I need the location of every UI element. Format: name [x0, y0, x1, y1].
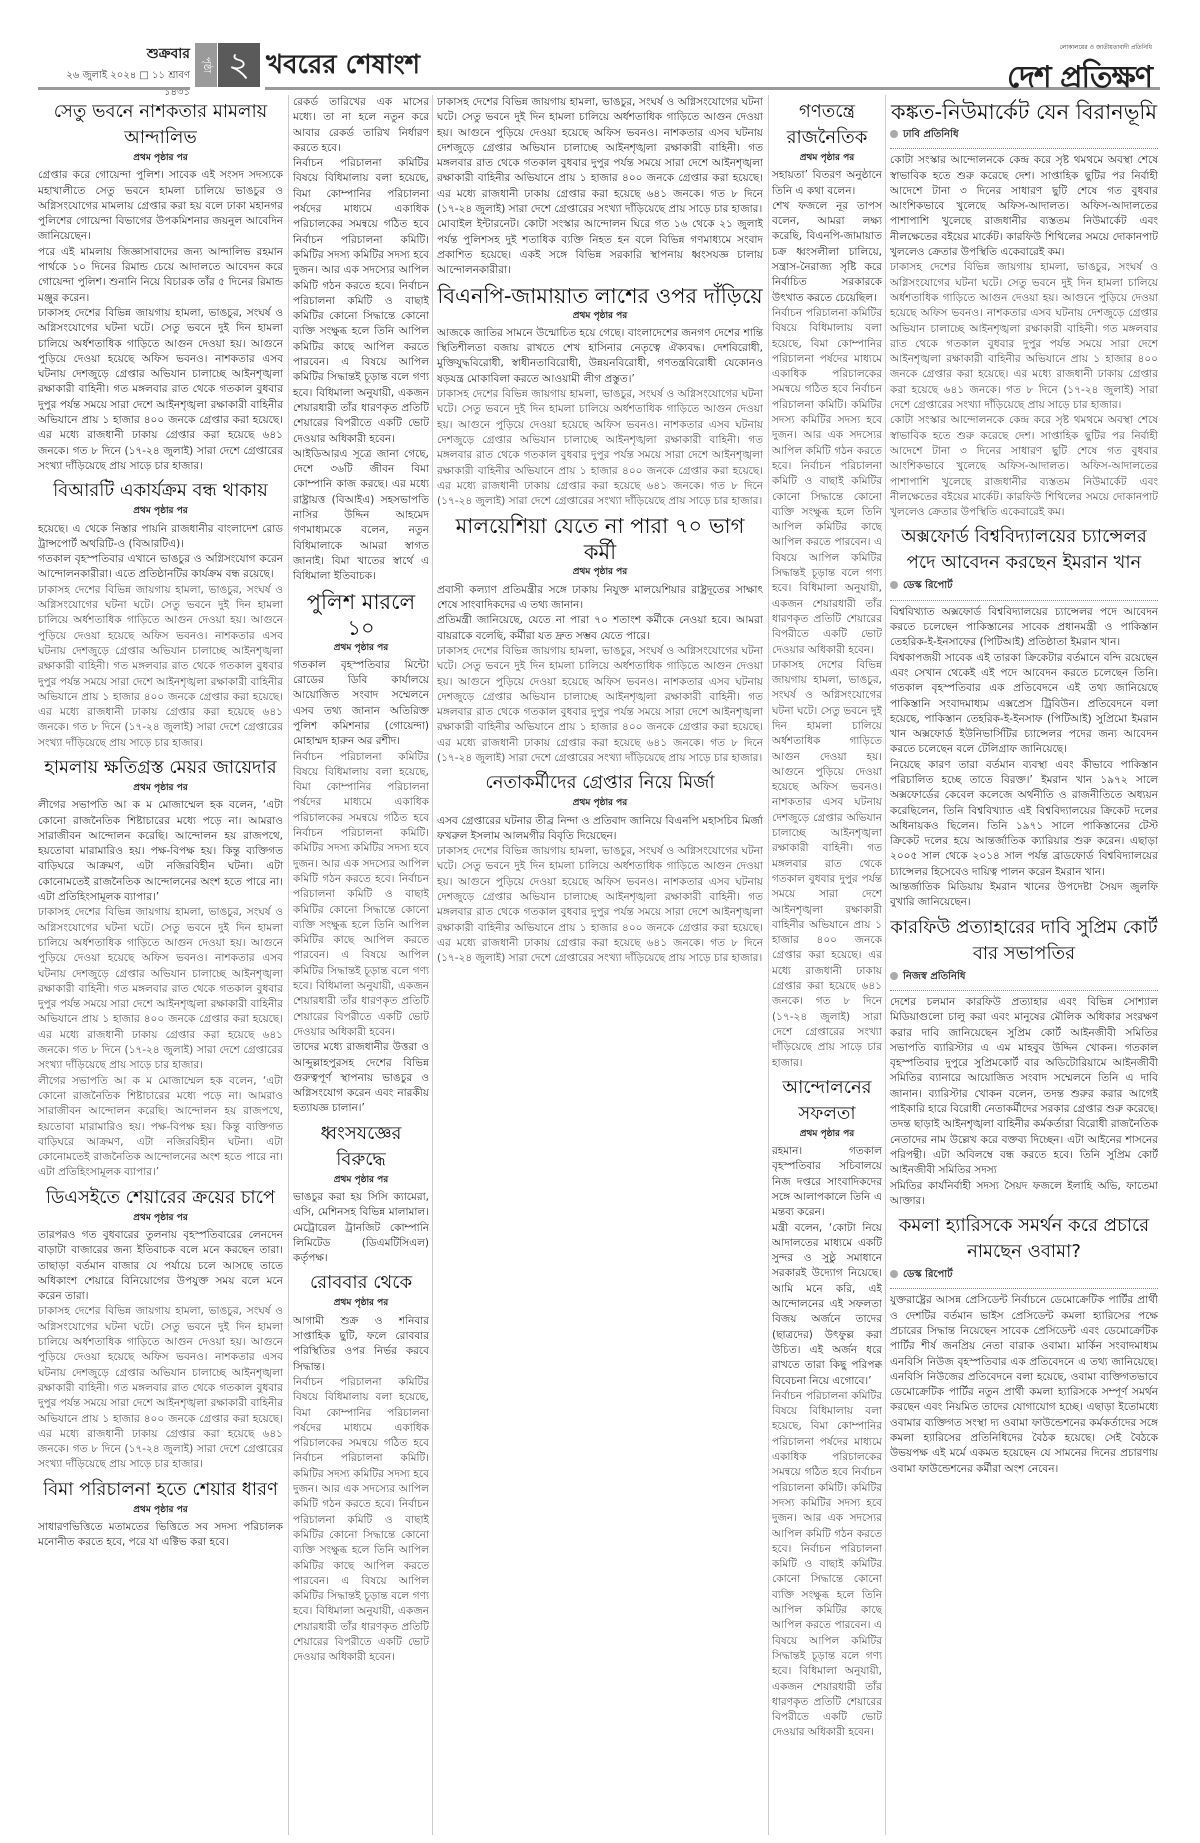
page-number: ২: [218, 43, 260, 87]
paragraph: ঢাকাসহ দেশের বিভিন্ন জায়গায় হামলা, ভাঙ…: [890, 260, 1158, 413]
continued-label: প্রথম পৃষ্ঠার পর: [38, 781, 283, 796]
masthead-rule-left: [38, 87, 190, 90]
paragraph: রেকর্ড তারিখের এক মাসের মধ্যে। তা না হলে…: [293, 95, 429, 156]
column-divider: [432, 95, 433, 1835]
article-imran-khan: অক্সফোর্ড বিশ্ববিদ্যালয়ের চ্যান্সেলর পদ…: [890, 524, 1158, 910]
article-newmarket: কঙ্কত-নিউমার্কেট যেন বিরানভূমি ঢাবি প্রত…: [890, 99, 1158, 520]
paragraph: কোটা সংস্কার আন্দোলনকে কেন্দ্র করে সৃষ্ট…: [890, 153, 1158, 260]
paragraph: নিয়েছে কারণ তারা বর্তমান ব্যবস্থা এবং ক…: [890, 758, 1158, 880]
column-four: গণতন্ত্রে রাজনৈতিক প্রথম পৃষ্ঠার পর সহায…: [772, 95, 882, 1835]
paragraph: আন্তর্জাতিক মিডিয়ায় ইমরান খানের উপদেষ্…: [890, 880, 1158, 911]
continued-label: প্রথম পৃষ্ঠার পর: [293, 641, 429, 656]
paragraph: আজকে জাতির সামনে উন্মোচিত হয়ে গেছে। বাং…: [437, 326, 763, 387]
paragraph: ঢাকাসহ দেশের বিভিন্ন জায়গায় হামলা, ভাঙ…: [437, 844, 763, 966]
article-arrest-leaders: নেতাকর্মীদের গ্রেপ্তার নিয়ে মির্জা প্রথ…: [437, 770, 763, 966]
paragraph: রহমান। গতকাল বৃহস্পতিবার সচিবালয়ে নিজ দ…: [772, 1144, 882, 1220]
paragraph: গ্রেপ্তার করে গোয়েন্দা পুলিশ। সাবেক এই …: [38, 168, 283, 244]
bullet-icon: [890, 581, 898, 589]
continued-label: প্রথম পৃষ্ঠার পর: [437, 565, 763, 580]
paragraph: নির্বাচন পরিচালনা কমিটির বিষয়ে বিধিমালা…: [293, 156, 429, 447]
paragraph: এসব গ্রেপ্তারের ঘটনার তীব্র নিন্দা ও প্র…: [437, 814, 763, 845]
paragraph: নির্বাচন পরিচালনা কমিটির বিষয়ে বিধিমালা…: [293, 750, 429, 1041]
headline: কমলা হ্যারিসকে সমর্থন করে প্রচারে নামছেন…: [890, 1213, 1158, 1265]
article-obama: কমলা হ্যারিসকে সমর্থন করে প্রচারে নামছেন…: [890, 1213, 1158, 1477]
continued-label: প্রথম পৃষ্ঠার পর: [437, 309, 763, 324]
byline: ঢাবি প্রতিনিধি: [890, 127, 1158, 149]
headline: রোববার থেকে: [293, 1270, 429, 1296]
continued-label: প্রথম পৃষ্ঠার পর: [772, 1127, 882, 1142]
article-sunday: রোববার থেকে প্রথম পৃষ্ঠার পর আগামী শুক্র…: [293, 1270, 429, 1665]
paragraph: প্রতিমন্ত্রী জানিয়েছে, যেতে না পারা ৭০ …: [437, 613, 763, 644]
right-column: কঙ্কত-নিউমার্কেট যেন বিরানভূমি ঢাবি প্রত…: [890, 95, 1158, 1835]
headline: কারফিউ প্রত্যাহারের দাবি সুপ্রিম কোর্ট ব…: [890, 915, 1158, 967]
paragraph: গতকাল বৃহস্পতিবার মিন্টো রোডের ডিবি কার্…: [293, 658, 429, 750]
paragraph: আগামী শুক্র ও শনিবার সাপ্তাহিক ছুটি, ফলে…: [293, 1314, 429, 1375]
paragraph: হয়েছে। এ থেকে নিস্তার পায়নি রাজধানীর ব…: [38, 522, 283, 553]
article-andalib: সেতু ভবনে নাশকতার মামলায় আন্দালিভ প্রথম…: [38, 99, 283, 474]
article-police: পুলিশ মারলে ১০ প্রথম পৃষ্ঠার পর গতকাল বৃ…: [293, 589, 429, 1117]
paragraph: তাদের মধ্যে রাজধানীর উত্তরা ও আব্দুল্লাহ…: [293, 1040, 429, 1116]
paragraph: পরে এই মামলায় জিজ্ঞাসাবাদের জন্য আন্দাল…: [38, 245, 283, 306]
article-bnp-jamaat: বিএনপি-জামায়াত লাশের ওপর দাঁড়িয়ে প্রথ…: [437, 283, 763, 510]
page-label: পৃষ্ঠা: [195, 43, 217, 87]
bullet-icon: [890, 1270, 898, 1278]
headline: বিমা পরিচালনা হতে শেয়ার ধারণ: [38, 1477, 283, 1503]
paragraph: বিশ্বকাপজয়ী সাবেক এই তারকা ক্রিকেটার বর…: [890, 651, 1158, 758]
article-curfew: কারফিউ প্রত্যাহারের দাবি সুপ্রিম কোর্ট ব…: [890, 915, 1158, 1209]
byline: ডেস্ক রিপোর্ট: [890, 578, 1158, 600]
paragraph: মোবাইল ইন্টারনেট। কোটা সংস্কার আন্দোলন ঘ…: [437, 217, 763, 278]
continued-label: প্রথম পৃষ্ঠার পর: [38, 1503, 283, 1518]
column-divider: [288, 95, 289, 1835]
headline: পুলিশ মারলে ১০: [293, 589, 429, 641]
paragraph: নির্বাচন পরিচালনা কমিটির বিষয়ে বিধিমালা…: [772, 306, 882, 658]
logo-tagline: লোকালয়ের ও জাতীয়তাবাদী প্রতিনিধি: [1007, 42, 1152, 53]
headline: বিআরটি একার্যক্রম বন্ধ থাকায়: [38, 478, 283, 504]
article-malaysia: মালয়েশিয়া যেতে না পারা ৭০ ভাগ কর্মী প্…: [437, 513, 763, 766]
headline: ধ্বংসযজ্ঞের বিরুদ্ধে: [293, 1121, 429, 1173]
paragraph: প্রবাসী কল্যাণ প্রতিমন্ত্রীর সঙ্গে ঢাকায…: [437, 583, 763, 614]
continued-label: প্রথম পৃষ্ঠার পর: [293, 1296, 429, 1311]
section-title: খবরের শেষাংশ: [266, 44, 420, 88]
column-divider: [768, 95, 769, 1835]
article-mayor: হামলায় ক্ষতিগ্রস্ত মেয়র জায়েদার প্রথম…: [38, 755, 283, 1181]
paragraph: শেখ ফজলে নূর তাপস বলেন, আমরা লক্ষ্য করেছ…: [772, 199, 882, 306]
column-divider: [885, 95, 886, 1835]
paragraph: সমিতির কার্যনির্বাহী সদস্য সৈয়দ ফজলে ইল…: [890, 1179, 1158, 1210]
paragraph: ঢাকাসহ দেশের বিভিন্ন জায়গায় হামলা, ভাঙ…: [772, 658, 882, 1071]
paragraph: দেশের চলমান কারফিউ প্রত্যাহার এবং বিভিন্…: [890, 995, 1158, 1179]
paragraph: যুক্তরাষ্ট্রের আসন্ন প্রেসিডেন্ট নির্বাচ…: [890, 1293, 1158, 1477]
paragraph: ভাঙচুর করা হয় সিসি ক্যামেরা, এসি, মেশিন…: [293, 1190, 429, 1266]
continued-label: প্রথম পৃষ্ঠার পর: [38, 504, 283, 519]
headline: কঙ্কত-নিউমার্কেট যেন বিরানভূমি: [890, 99, 1158, 125]
headline: সেতু ভবনে নাশকতার মামলায় আন্দালিভ: [38, 99, 283, 151]
middle-column: ঢাকাসহ দেশের বিভিন্ন জায়গায় হামলা, ভাঙ…: [437, 95, 763, 1835]
day-of-week: শুক্রবার: [40, 42, 190, 66]
article-democracy: গণতন্ত্রে রাজনৈতিক প্রথম পৃষ্ঠার পর সহায…: [772, 99, 882, 1071]
paragraph: বিশ্ববিখ্যাত অক্সফোর্ড বিশ্ববিদ্যালয়ের …: [890, 605, 1158, 651]
article-brta: বিআরটি একার্যক্রম বন্ধ থাকায় প্রথম পৃষ্…: [38, 478, 283, 751]
paragraph: আইডিআরএ সূত্রে জানা গেছে, দেশে ৩৬টি জীবন…: [293, 447, 429, 585]
left-column: সেতু ভবনে নাশকতার মামলায় আন্দালিভ প্রথম…: [38, 95, 283, 1835]
paragraph: নির্বাচন পরিচালনা কমিটির বিষয়ে বিধিমালা…: [293, 1375, 429, 1666]
headline: আন্দোলনের সফলতা: [772, 1075, 882, 1127]
continued-label: প্রথম পৃষ্ঠার পর: [437, 796, 763, 811]
headline: অক্সফোর্ড বিশ্ববিদ্যালয়ের চ্যান্সেলর পদ…: [890, 524, 1158, 576]
article-insurance-shares: বিমা পরিচালনা হতে শেয়ার ধারণ প্রথম পৃষ্…: [38, 1477, 283, 1551]
paragraph: সহায়তা’ বিতরণ অনুষ্ঠানে তিনি এ কথা বলেন…: [772, 168, 882, 199]
paragraph: ঢাকাসহ দেশের বিভিন্ন জায়গায় হামলা, ভাঙ…: [437, 644, 763, 766]
continued-label: প্রথম পৃষ্ঠার পর: [38, 1211, 283, 1226]
paragraph: ঢাকাসহ দেশের বিভিন্ন জায়গায় হামলা, ভাঙ…: [38, 583, 283, 751]
paragraph: ঢাকাসহ দেশের বিভিন্ন জায়গায় হামলা, ভাঙ…: [38, 306, 283, 474]
bullet-icon: [890, 130, 898, 138]
paragraph: তারপরও গত বুধবারের তুলনায় বৃহস্পতিবারের…: [38, 1228, 283, 1304]
bullet-icon: [890, 972, 898, 980]
paragraph: ঢাকাসহ দেশের বিভিন্ন জায়গায় হামলা, ভাঙ…: [437, 95, 763, 217]
headline: নেতাকর্মীদের গ্রেপ্তার নিয়ে মির্জা: [437, 770, 763, 796]
headline: ডিএসইতে শেয়ারের ক্রয়ের চাপে: [38, 1185, 283, 1211]
continued-label: প্রথম পৃষ্ঠার পর: [293, 1173, 429, 1188]
byline: ডেস্ক রিপোর্ট: [890, 1267, 1158, 1289]
column-two: রেকর্ড তারিখের এক মাসের মধ্যে। তা না হলে…: [293, 95, 429, 1835]
paragraph: মন্ত্রী বলেন, ‘কোটা নিয়ে আদালতের মাধ্যম…: [772, 1221, 882, 1389]
paragraph: সাধারণভিত্তিতে মতামতের ভিত্তিতে সব সদস্য…: [38, 1520, 283, 1551]
article-movement-success: আন্দোলনের সফলতা প্রথম পৃষ্ঠার পর রহমান। …: [772, 1075, 882, 1741]
paragraph: ঢাকাসহ দেশের বিভিন্ন জায়গায় হামলা, ভাঙ…: [38, 905, 283, 1073]
article-dse: ডিএসইতে শেয়ারের ক্রয়ের চাপে প্রথম পৃষ্…: [38, 1185, 283, 1473]
headline: গণতন্ত্রে রাজনৈতিক: [772, 99, 882, 151]
article-destruction: ধ্বংসযজ্ঞের বিরুদ্ধে প্রথম পৃষ্ঠার পর ভা…: [293, 1121, 429, 1267]
headline: হামলায় ক্ষতিগ্রস্ত মেয়র জায়েদার: [38, 755, 283, 781]
continued-label: প্রথম পৃষ্ঠার পর: [38, 151, 283, 166]
headline: মালয়েশিয়া যেতে না পারা ৭০ ভাগ কর্মী: [437, 513, 763, 565]
byline: নিজস্ব প্রতিনিধি: [890, 969, 1158, 991]
date-block: শুক্রবার ২৬ জুলাই ২০২৪ □ ১১ শ্রাবণ ১৪৩১: [40, 42, 190, 102]
paragraph: ঢাকাসহ দেশের বিভিন্ন জায়গায় হামলা, ভাঙ…: [38, 1304, 283, 1472]
paragraph: লীগের সভাপতি আ ক ম মোজাম্মেল হক বলেন, ‘এ…: [38, 1074, 283, 1181]
paragraph: লীগের সভাপতি আ ক ম মোজাম্মেল হক বলেন, ‘এ…: [38, 798, 283, 905]
headline: বিএনপি-জামায়াত লাশের ওপর দাঁড়িয়ে: [437, 283, 763, 309]
continued-label: প্রথম পৃষ্ঠার পর: [772, 151, 882, 166]
masthead: শুক্রবার ২৬ জুলাই ২০২৪ □ ১১ শ্রাবণ ১৪৩১ …: [0, 0, 1200, 90]
paragraph: ঢাকাসহ দেশের বিভিন্ন জায়গায় হামলা, ভাঙ…: [437, 387, 763, 509]
paragraph: গতকাল বৃহস্পতিবার এখানে ভাঙচুর ও অগ্নিসং…: [38, 552, 283, 583]
paragraph: নির্বাচন পরিচালনা কমিটির বিষয়ে বিধিমালা…: [772, 1389, 882, 1741]
paragraph: কোটা সংস্কার আন্দোলনকে কেন্দ্র করে সৃষ্ট…: [890, 413, 1158, 520]
